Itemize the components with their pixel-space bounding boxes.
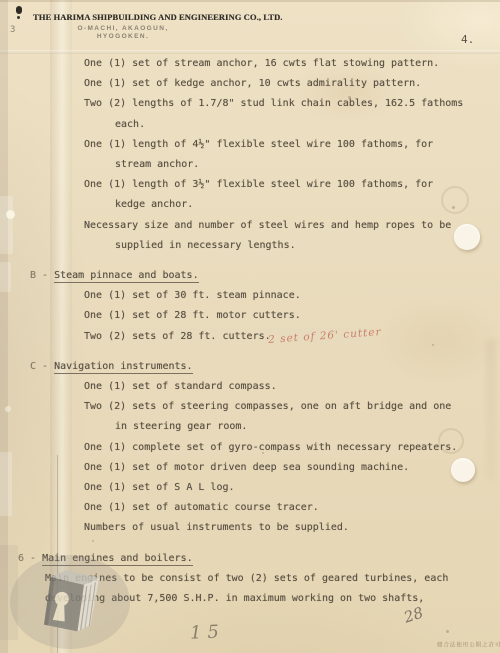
typed-line: Main engines to be consist of two (2) se…	[45, 569, 490, 589]
crumple-ring-mark	[438, 428, 464, 454]
foxing-speck	[432, 344, 434, 346]
foxing-speck	[348, 96, 351, 99]
address-line-2: HYOGOKEN.	[33, 33, 213, 40]
address-line-1: O-MACHI, AKAOGUN,	[33, 25, 213, 32]
embossed-mark	[0, 545, 18, 640]
typed-line: Numbers of usual instruments to be suppl…	[84, 518, 490, 538]
section-title: Main engines and boilers.	[42, 553, 193, 566]
handwritten-pencil-mark: 3	[10, 25, 15, 35]
section-prefix: B -	[30, 270, 54, 281]
embossed-mark	[0, 452, 12, 516]
section-title: Navigation instruments.	[54, 361, 192, 374]
scanned-document-page: THE HARIMA SHIPBUILDING AND ENGINEERING …	[0, 0, 500, 653]
typed-line: stream anchor.	[115, 155, 490, 175]
crumple-ring-mark	[441, 186, 469, 214]
section-heading: B - Steam pinnace and boats.	[30, 266, 490, 286]
page-top-edge	[0, 0, 500, 2]
typed-line: developing about 7,500 S.H.P. in maximum…	[45, 589, 490, 609]
paper-flaw-spot	[6, 210, 15, 219]
company-name: THE HARIMA SHIPBUILDING AND ENGINEERING …	[33, 12, 213, 22]
typed-line: kedge anchor.	[115, 195, 490, 215]
typed-line: each.	[115, 115, 490, 135]
embossed-mark	[0, 196, 13, 254]
typed-line: One (1) set of motor driven deep sea sou…	[84, 458, 490, 478]
embossed-mark	[0, 262, 11, 292]
paper-flaw-spot	[5, 406, 11, 412]
ink-dot	[17, 16, 20, 19]
letterhead: THE HARIMA SHIPBUILDING AND ENGINEERING …	[33, 12, 213, 40]
section-title: Steam pinnace and boats.	[54, 270, 199, 283]
typed-line: One (1) set of automatic course tracer.	[84, 498, 490, 518]
section-heading: 6 - Main engines and boilers.	[18, 549, 490, 569]
section-heading: C - Navigation instruments.	[30, 357, 490, 377]
ink-blot	[16, 6, 22, 14]
punch-hole	[451, 458, 475, 482]
section-prefix: C -	[30, 361, 54, 372]
typed-line: supplied in necessary lengths.	[115, 236, 490, 256]
punch-hole	[454, 224, 480, 250]
handwritten-pencil-number: 15	[190, 621, 226, 643]
typed-line: Two (2) sets of steering compasses, one …	[84, 397, 490, 417]
foxing-speck	[262, 452, 264, 454]
typed-line: in steering gear room.	[115, 417, 490, 437]
archive-stamp-text: 綴合法使用公開之許可	[437, 640, 494, 648]
typed-line: One (1) set of kedge anchor, 10 cwts adm…	[84, 74, 490, 94]
typed-line: One (1) set of 30 ft. steam pinnace.	[84, 286, 490, 306]
typed-line: One (1) set of 28 ft. motor cutters.	[84, 306, 490, 326]
foxing-speck	[92, 540, 94, 542]
foxing-speck	[446, 630, 449, 633]
page-number: 4.	[461, 33, 474, 46]
typed-line: One (1) set of stream anchor, 16 cwts fl…	[84, 54, 490, 74]
typed-line: One (1) complete set of gyro-compass wit…	[84, 438, 490, 458]
typed-line: Necessary size and number of steel wires…	[84, 216, 490, 236]
typed-line: One (1) set of standard compass.	[84, 377, 490, 397]
typed-line: Two (2) lengths of 1.7/8" stud link chai…	[84, 94, 490, 114]
typed-line: One (1) length of 3½" flexible steel wir…	[84, 175, 490, 195]
section-prefix: 6 -	[18, 553, 42, 564]
typed-line: One (1) length of 4½" flexible steel wir…	[84, 135, 490, 155]
foxing-speck	[452, 206, 455, 209]
typed-line: One (1) set of S A L log.	[84, 478, 490, 498]
